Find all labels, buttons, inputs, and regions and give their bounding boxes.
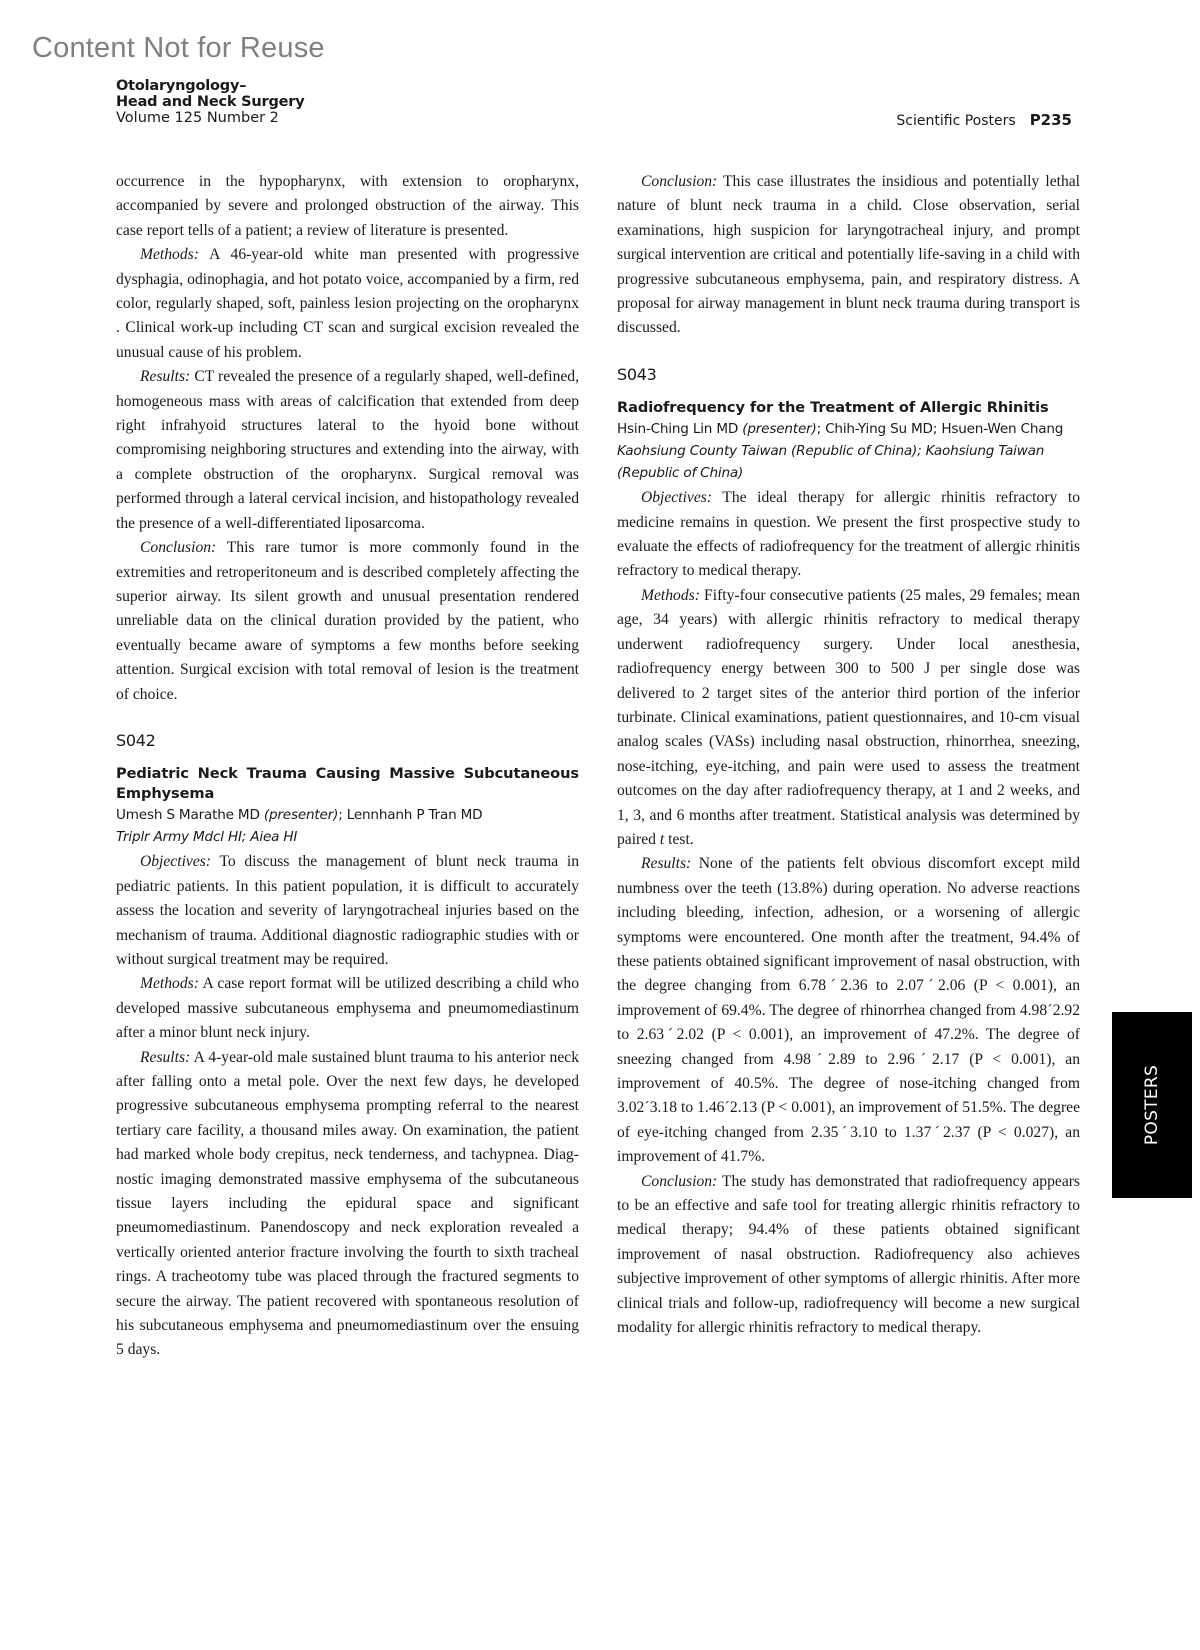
paragraph-text: This rare tumor is more commonly found i… xyxy=(116,539,579,702)
left-column: occurrence in the hypopharynx, with exte… xyxy=(116,170,579,1363)
presenter-tag: (presenter) xyxy=(264,807,338,823)
section-name: Scientific Posters xyxy=(896,113,1015,129)
s042-results: Results: A 4-year-old male sustained blu… xyxy=(116,1046,579,1363)
section-label: Results: xyxy=(140,368,190,385)
s043-objectives: Objectives: The ideal therapy for allerg… xyxy=(617,486,1080,584)
abstract-id: S043 xyxy=(617,363,1080,387)
posters-section-tab: POSTERS xyxy=(1112,1012,1192,1198)
abstract-affiliation: Kaohsiung County Taiwan (Republic of Chi… xyxy=(617,440,1080,484)
paragraph-text: test. xyxy=(664,831,693,848)
s042-objectives: Objectives: To discuss the management of… xyxy=(116,850,579,972)
paragraph-text: CT revealed the presence of a regularly … xyxy=(116,368,579,531)
posters-tab-label: POSTERS xyxy=(1142,1065,1162,1145)
continued-methods: Methods: A 46-year-old white man present… xyxy=(116,243,579,365)
continued-results: Results: CT revealed the presence of a r… xyxy=(116,365,579,536)
paragraph-text: Fifty-four consecutive patients (25 male… xyxy=(617,587,1080,848)
paragraph-text: A 46-year-old white man presented with p… xyxy=(116,246,579,361)
paragraph-text: To discuss the management of blunt neck … xyxy=(116,853,579,968)
abstract-title: Pediatric Neck Trauma Causing Massive Su… xyxy=(116,764,579,804)
section-label: Methods: xyxy=(641,587,700,604)
section-label: Objectives: xyxy=(140,853,211,870)
running-header: Scientific PostersP235 xyxy=(896,111,1072,129)
abstract-title: Radiofrequency for the Treatment of Alle… xyxy=(617,398,1080,418)
paragraph-text: A 4-year-old male sustained blunt trauma… xyxy=(116,1049,579,1359)
abstract-id: S042 xyxy=(116,729,579,753)
paragraph-text: None of the patients felt obvious discom… xyxy=(617,855,1080,1165)
section-label: Objectives: xyxy=(641,489,712,506)
watermark: Content Not for Reuse xyxy=(32,32,325,65)
author-name: Umesh S Marathe MD xyxy=(116,807,264,823)
s042-conclusion: Conclusion: This case illustrates the in… xyxy=(617,170,1080,341)
continued-intro: occurrence in the hypopharynx, with exte… xyxy=(116,170,579,243)
s043-results: Results: None of the patients felt obvio… xyxy=(617,852,1080,1169)
section-label: Methods: xyxy=(140,975,199,992)
paragraph-text: This case illustrates the insidious and … xyxy=(617,173,1080,336)
section-label: Conclusion: xyxy=(641,173,717,190)
author-names: ; Lennhanh P Tran MD xyxy=(338,807,482,823)
continued-conclusion: Conclusion: This rare tumor is more comm… xyxy=(116,536,579,707)
page-number: P235 xyxy=(1030,111,1072,129)
journal-title-line2: Head and Neck Surgery xyxy=(116,94,305,110)
section-label: Conclusion: xyxy=(641,1173,717,1190)
journal-header: Otolaryngology– Head and Neck Surgery Vo… xyxy=(116,78,305,126)
s043-methods: Methods: Fifty-four consecutive patients… xyxy=(617,584,1080,852)
paragraph-text: The study has demonstrated that radiofre… xyxy=(617,1173,1080,1336)
section-label: Results: xyxy=(140,1049,190,1066)
abstract-authors: Hsin-Ching Lin MD (presenter); Chih-Ying… xyxy=(617,418,1080,440)
section-label: Conclusion: xyxy=(140,539,216,556)
right-column: Conclusion: This case illustrates the in… xyxy=(617,170,1080,1340)
section-label: Results: xyxy=(641,855,691,872)
s043-conclusion: Conclusion: The study has demonstrated t… xyxy=(617,1170,1080,1341)
section-label: Methods: xyxy=(140,246,199,263)
s042-methods: Methods: A case report format will be ut… xyxy=(116,972,579,1045)
abstract-affiliation: Triplr Army Mdcl HI; Aiea HI xyxy=(116,826,579,848)
author-name: Hsin-Ching Lin MD xyxy=(617,421,742,437)
journal-volume: Volume 125 Number 2 xyxy=(116,110,305,126)
presenter-tag: (presenter) xyxy=(742,421,816,437)
abstract-authors: Umesh S Marathe MD (presenter); Lennhanh… xyxy=(116,804,579,826)
journal-title-line1: Otolaryngology– xyxy=(116,78,305,94)
author-names: ; Chih-Ying Su MD; Hsuen-Wen Chang xyxy=(817,421,1064,437)
